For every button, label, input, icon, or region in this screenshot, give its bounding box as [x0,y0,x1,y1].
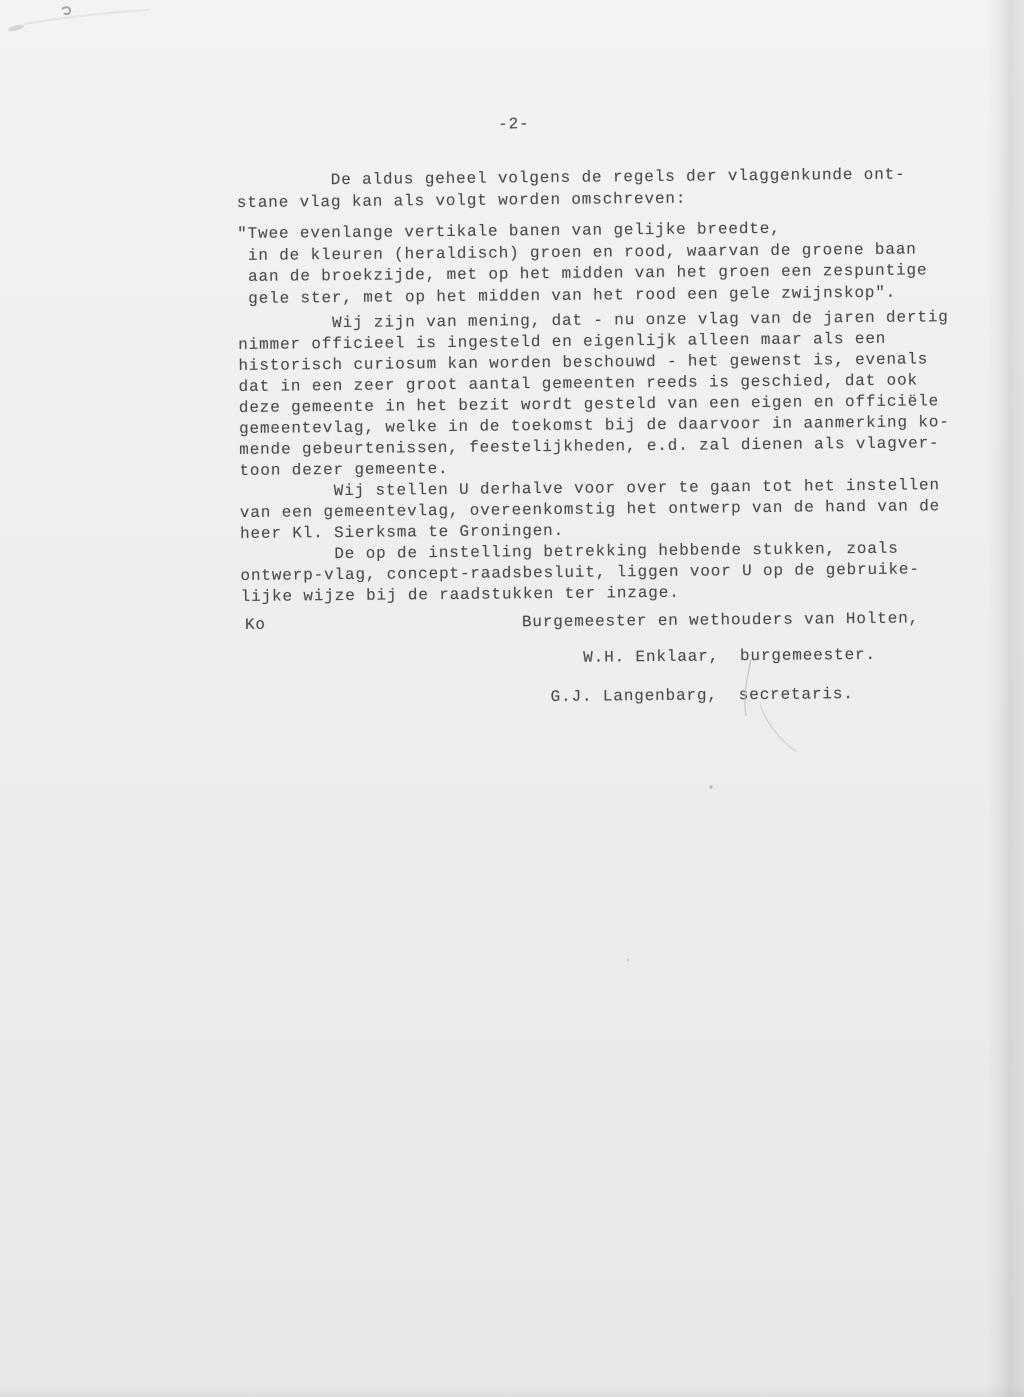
scanned-document-page: -2- De aldus geheel volgens de regels de… [0,0,1024,1397]
paragraph-intro: De aldus geheel volgens de regels der vl… [237,165,906,214]
scan-dot-2 [627,959,630,962]
scan-crease-top-left [24,10,150,24]
typewritten-text: -2- De aldus geheel volgens de regels de… [236,105,972,752]
paper-edge-shadow-bottom [0,1383,1024,1397]
scan-speck-top-left [62,7,70,14]
signature-mayor-line: W.H. Enklaar, burgemeester. [583,645,876,669]
scan-smudge-top-left [8,24,25,33]
signature-organization-line: Burgemeester en wethouders van Holten, [522,608,919,633]
typist-initials: Ko [245,615,266,636]
signature-secretary-line: G.J. Langenbarg, secretaris. [551,684,854,708]
paragraph-proposal-body: Wij zijn van mening, dat - nu onze vlag … [238,307,952,608]
page-number: -2- [498,114,530,135]
scan-dot-1 [709,785,712,788]
paragraph-flag-description-quote: "Twee evenlange vertikale banen van geli… [237,217,928,310]
paper-edge-shadow-right [986,0,1024,1397]
